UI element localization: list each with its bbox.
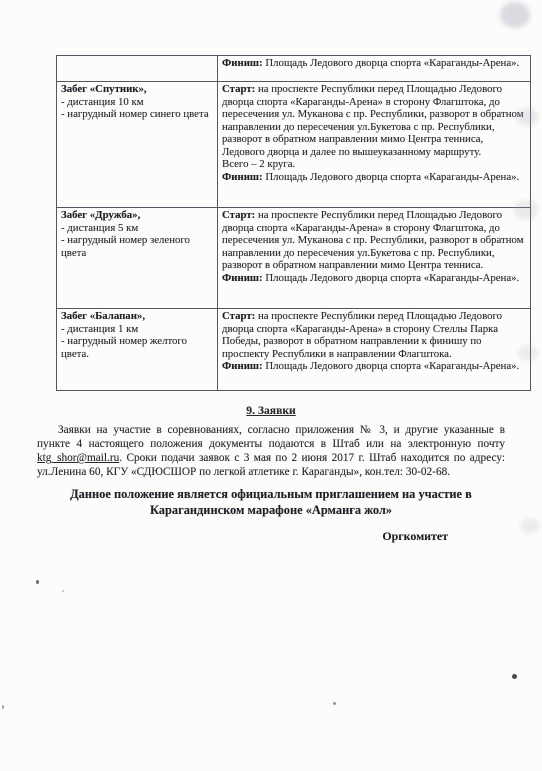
paragraph-line: ул.Ленина 60, КГУ «СДЮСШОР по легкой атл… bbox=[37, 465, 505, 479]
paragraph-line: Заявки на участие в соревнованиях, согла… bbox=[37, 423, 505, 437]
start-label: Старт: bbox=[222, 310, 255, 322]
race-title: Забег «Дружба», bbox=[61, 209, 140, 221]
route-cell-druzhba-route: Старт: на проспекте Республики перед Пло… bbox=[218, 208, 531, 309]
race-bib: - нагрудный номер синего цвета bbox=[61, 108, 209, 120]
invitation-line: Данное положение является официальным пр… bbox=[0, 487, 542, 503]
section-heading-zayavki: 9. Заявки bbox=[0, 404, 542, 417]
finish-label: Финиш: bbox=[222, 360, 263, 372]
finish-text: Площадь Ледового дворца спорта «Караганд… bbox=[263, 171, 520, 183]
scan-artifact bbox=[520, 518, 540, 534]
signature-orgcommittee: Оргкомитет bbox=[0, 529, 448, 544]
scan-artifact bbox=[2, 705, 4, 709]
invitation-statement: Данное положение является официальным пр… bbox=[0, 487, 542, 518]
invitation-line: Карагандинском марафоне «Арманға жол» bbox=[0, 503, 542, 519]
scan-artifact bbox=[518, 345, 538, 361]
total-laps: Всего – 2 круга. bbox=[222, 158, 295, 170]
scan-artifact bbox=[62, 590, 64, 592]
start-label: Старт: bbox=[222, 209, 255, 221]
route-cell-sputnik-route: Старт: на проспекте Республики перед Пло… bbox=[218, 82, 531, 208]
start-text: на проспекте Республики перед Площадью Л… bbox=[222, 310, 502, 360]
route-cell-balapan-route: Старт: на проспекте Республики перед Пло… bbox=[218, 309, 531, 391]
start-text: на проспекте Республики перед Площадью Л… bbox=[222, 83, 524, 158]
table-row: Забег «Балапан», - дистанция 1 км - нагр… bbox=[57, 309, 531, 391]
paragraph-line-rest: . Сроки подачи заявок с 3 мая по 2 июня … bbox=[119, 452, 505, 464]
route-cell-empty bbox=[57, 56, 218, 82]
scanned-document-page: Финиш: Площадь Ледового дворца спорта «К… bbox=[0, 0, 542, 771]
paragraph-line: ktg_shor@mail.ru. Сроки подачи заявок с … bbox=[37, 451, 505, 465]
scan-artifact bbox=[516, 108, 538, 126]
scan-artifact bbox=[36, 580, 39, 584]
route-cell-sputnik: Забег «Спутник», - дистанция 10 км - наг… bbox=[57, 82, 218, 208]
scan-artifact bbox=[512, 674, 517, 679]
table-row: Финиш: Площадь Ледового дворца спорта «К… bbox=[57, 56, 531, 82]
finish-text: Площадь Ледового дворца спорта «Караганд… bbox=[263, 360, 520, 372]
race-routes-table-grid: Финиш: Площадь Ледового дворца спорта «К… bbox=[56, 55, 531, 391]
application-paragraph: Заявки на участие в соревнованиях, согла… bbox=[37, 423, 505, 479]
finish-text: Площадь Ледового дворца спорта «Караганд… bbox=[263, 57, 520, 69]
race-distance: - дистанция 1 км bbox=[61, 323, 138, 335]
start-label: Старт: bbox=[222, 83, 255, 95]
finish-label: Финиш: bbox=[222, 57, 263, 69]
race-distance: - дистанция 10 км bbox=[61, 96, 144, 108]
route-cell-druzhba: Забег «Дружба», - дистанция 5 км - нагру… bbox=[57, 208, 218, 309]
table-row: Забег «Дружба», - дистанция 5 км - нагру… bbox=[57, 208, 531, 309]
section-heading-text: 9. Заявки bbox=[246, 404, 295, 417]
finish-text: Площадь Ледового дворца спорта «Караганд… bbox=[263, 272, 520, 284]
race-routes-table: Финиш: Площадь Ледового дворца спорта «К… bbox=[56, 55, 531, 391]
table-row: Забег «Спутник», - дистанция 10 км - наг… bbox=[57, 82, 531, 208]
route-cell-balapan: Забег «Балапан», - дистанция 1 км - нагр… bbox=[57, 309, 218, 391]
scan-artifact bbox=[333, 702, 336, 705]
paragraph-line: пункте 4 настоящего положения документы … bbox=[37, 437, 505, 451]
race-bib: - нагрудный номер желтого цвета. bbox=[61, 335, 187, 360]
race-distance: - дистанция 5 км bbox=[61, 222, 138, 234]
race-title: Забег «Балапан», bbox=[61, 310, 145, 322]
race-bib: - нагрудный номер зеленого цвета bbox=[61, 234, 190, 259]
race-title: Забег «Спутник», bbox=[61, 83, 147, 95]
route-cell-finish: Финиш: Площадь Ледового дворца спорта «К… bbox=[218, 56, 531, 82]
finish-label: Финиш: bbox=[222, 171, 263, 183]
scan-artifact bbox=[500, 2, 530, 28]
scan-artifact bbox=[514, 200, 538, 220]
email-link: ktg_shor@mail.ru bbox=[37, 452, 119, 464]
start-text: на проспекте Республики перед Площадью Л… bbox=[222, 209, 524, 271]
finish-label: Финиш: bbox=[222, 272, 263, 284]
